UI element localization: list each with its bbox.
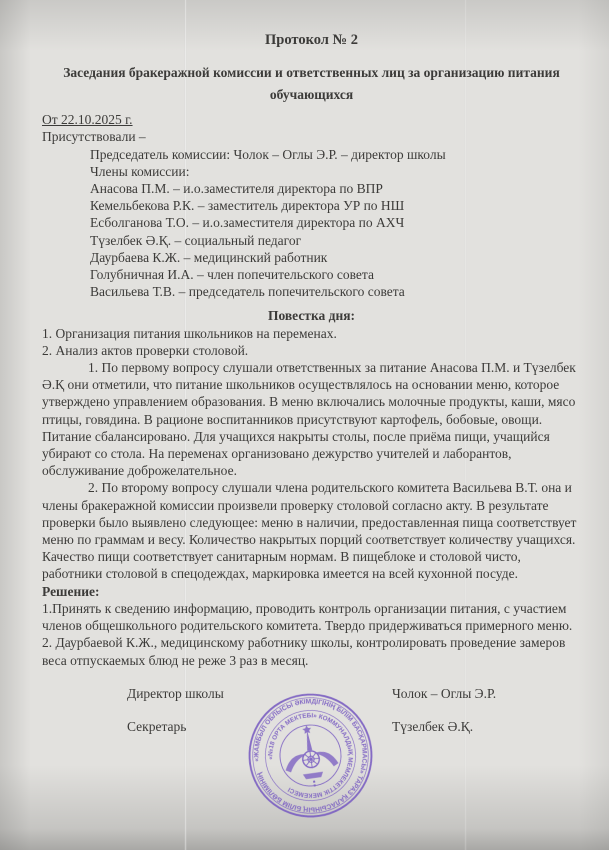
attendee-line: Председатель комиссии: Чолок – Оглы Э.Р.… (90, 146, 581, 163)
agenda-heading: Повестка дня: (42, 307, 581, 324)
decision-item: 2. Даурбаевой К.Ж., медицинскому работни… (42, 634, 581, 668)
body-paragraph: 1. По первому вопросу слушали ответствен… (42, 359, 581, 479)
attendee-line: Есболганова Т.О. – и.о.заместителя дирек… (90, 214, 581, 231)
scanned-protocol-page: Протокол № 2 Заседания бракеражной комис… (0, 0, 609, 850)
document-subtitle: Заседания бракеражной комиссии и ответст… (42, 62, 581, 106)
attendee-line: Анасова П.М. – и.о.заместителя директора… (90, 180, 581, 197)
document-date: От 22.10.2025 г. (42, 111, 581, 128)
document-content: Протокол № 2 Заседания бракеражной комис… (0, 0, 609, 735)
attendee-line: Голубничная И.А. – член попечительского … (90, 266, 581, 283)
attendee-line: Кемельбекова Р.К. – заместитель директор… (90, 197, 581, 214)
round-school-stamp: «ЖАМБЫЛ ОБЛЫСЫ ӘКІМДІГІНІҢ БІЛІМ БАСҚАРМ… (239, 684, 382, 827)
decision-heading: Решение: (42, 583, 581, 600)
kazakhstan-emblem-icon (280, 722, 341, 791)
agenda-item: 1. Организация питания школьников на пер… (42, 325, 581, 342)
body-paragraph: 2. По второму вопросу слушали члена роди… (42, 479, 581, 582)
attendee-line: Даурбаева К.Ж. – медицинский работник (90, 249, 581, 266)
attendee-line: Түзелбек Ә.Қ. – социальный педагог (90, 232, 581, 249)
agenda-item: 2. Анализ актов проверки столовой. (42, 342, 581, 359)
present-label: Присутствовали – (42, 128, 581, 145)
attendee-line: Члены комиссии: (90, 163, 581, 180)
signature-name: Чолок – Оглы Э.Р. (392, 685, 496, 702)
decision-item: 1.Принять к сведению информацию, проводи… (42, 600, 581, 634)
attendee-line: Васильева Т.В. – председатель попечитель… (90, 283, 581, 300)
signature-name: Түзелбек Ә.Қ. (392, 718, 473, 735)
attendee-list: Председатель комиссии: Чолок – Оглы Э.Р.… (42, 146, 581, 301)
document-title: Протокол № 2 (42, 32, 581, 49)
